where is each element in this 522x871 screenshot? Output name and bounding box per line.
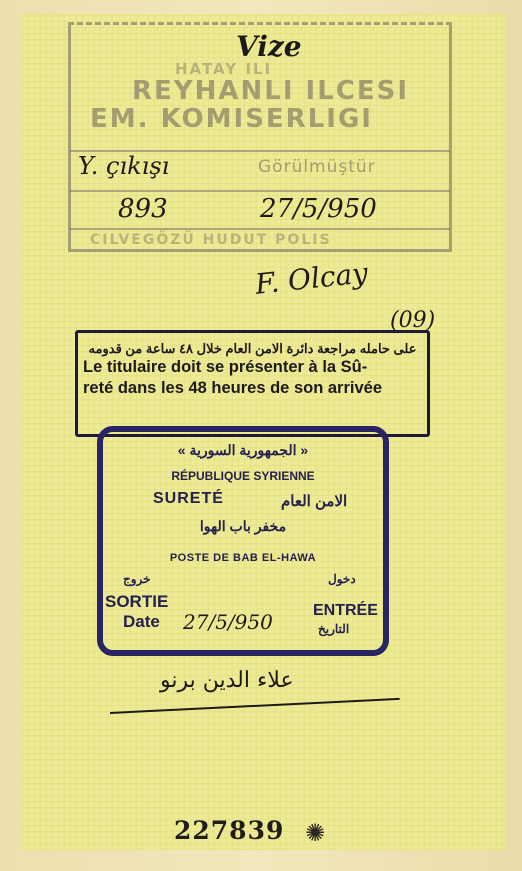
stamp-divider (70, 228, 450, 230)
handwritten-exit-note: Y. çıkışı (78, 152, 169, 180)
stamp-date-value: 27/5/950 (183, 610, 273, 634)
stamp-arabic-header: « الجمهورية السورية » (103, 442, 383, 459)
stamp-seen-label: Görülmüştür (258, 157, 376, 177)
stamp-bottom-line: CILVEGÖZÜ HUDUT POLIS (90, 232, 332, 248)
notice-french-line1: Le titulaire doit se présenter à la Sû- (78, 357, 427, 378)
stamp-entry-arabic: دخول (328, 572, 356, 586)
stamp-date-label: Date (123, 612, 160, 632)
stamp-date-label-arabic: التاريخ (318, 622, 349, 636)
visa-heading: Vize (236, 30, 302, 63)
notice-french-line2: reté dans les 48 heures de son arrivée (78, 378, 427, 399)
stamp-surete-fr: SURETÉ (153, 490, 224, 508)
syrian-border-stamp: « الجمهورية السورية » RÉPUBLIQUE SYRIENN… (97, 426, 389, 656)
rosette-icon: ✺ (303, 821, 327, 845)
page-serial-number: 227839 (174, 816, 284, 845)
notice-arabic: على حامله مراجعة دائرة الامن العام خلال … (78, 341, 427, 357)
arabic-signature: علاء الدين برنو (160, 668, 294, 693)
stamp-line-district: REYHANLI ILCESI (132, 76, 409, 106)
stamp-post-arabic: مخفر باب الهوا (103, 518, 383, 535)
handwritten-entry-number: 893 (118, 194, 168, 224)
stamp-exit-label: SORTIE (105, 592, 168, 612)
stamp-line-office: EM. KOMISERLIGI (90, 104, 373, 134)
stamp-exit-arabic: خروج (123, 572, 151, 586)
stamp-entry-label: ENTRÉE (313, 602, 378, 620)
passport-page: Vize HATAY ILI REYHANLI ILCESI EM. KOMIS… (0, 0, 522, 871)
registration-notice-box: على حامله مراجعة دائرة الامن العام خلال … (75, 330, 430, 437)
stamp-post-name: POSTE DE BAB EL-HAWA (103, 552, 383, 564)
stamp-republic: RÉPUBLIQUE SYRIENNE (103, 469, 383, 483)
handwritten-date: 27/5/950 (260, 194, 377, 224)
stamp-surete-ar: الامن العام (281, 492, 347, 510)
stamp-divider (70, 190, 450, 192)
